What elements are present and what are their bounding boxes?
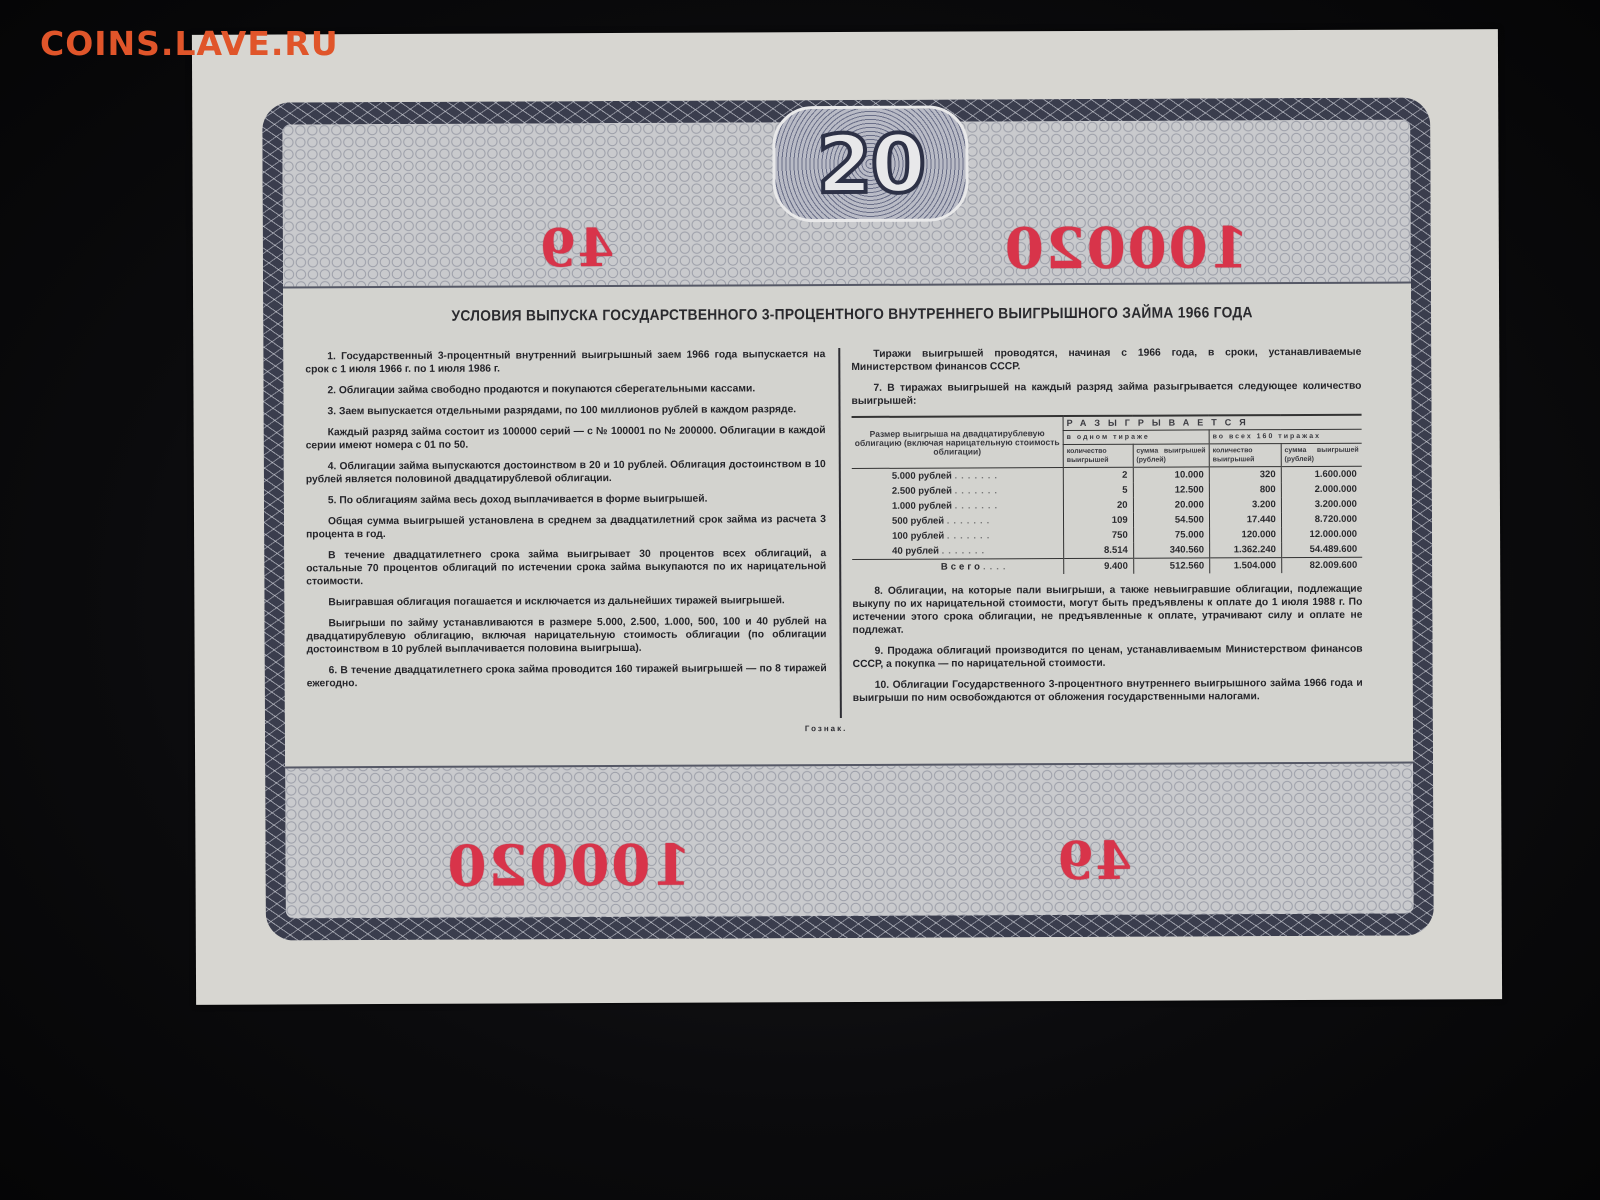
bond-sheet: 20 49 100020 УСЛОВИЯ ВЫПУСКА ГОСУДАРСТВЕ… (192, 29, 1502, 1005)
cell: 2 (1063, 467, 1133, 483)
col-header: сумма выигрышей (рублей) (1281, 443, 1362, 466)
cell: 1.504.000 (1210, 558, 1282, 574)
cell: 17.440 (1209, 512, 1281, 527)
cell: 3.200.000 (1281, 497, 1362, 512)
paragraph: 7. В тиражах выигрышей на каждый разряд … (851, 380, 1361, 408)
cell: 750 (1064, 528, 1134, 543)
denomination-emblem: 20 (772, 105, 969, 222)
prize-label: 40 рублей (892, 546, 939, 557)
paragraph: 8. Облигации, на которые пали выигрыши, … (852, 583, 1362, 637)
table-subheader-all-draws: во всех 160 тиражах (1209, 429, 1362, 444)
paragraph: 5. По облигациям займа весь доход выплач… (306, 492, 826, 507)
cell: 320 (1209, 467, 1281, 483)
total-label: Всего (941, 561, 983, 572)
paragraph: 6. В течение двадцатилетнего срока займа… (307, 662, 827, 690)
cell: 54.489.600 (1281, 542, 1362, 558)
terms-panel: УСЛОВИЯ ВЫПУСКА ГОСУДАРСТВЕННОГО 3-ПРОЦЕ… (283, 282, 1413, 769)
site-watermark: COINS.LAVE.RU (40, 24, 339, 63)
denomination-value: 20 (817, 117, 925, 210)
cell: 512.560 (1133, 558, 1209, 574)
guilloche-border: 20 49 100020 УСЛОВИЯ ВЫПУСКА ГОСУДАРСТВЕ… (262, 97, 1434, 940)
table-subheader-one-draw: в одном тираже (1063, 430, 1209, 445)
terms-right-column: Тиражи выигрышей проводятся, начиная с 1… (851, 346, 1363, 713)
cell: 340.560 (1133, 542, 1209, 558)
printer-mark: Гознак. (805, 724, 847, 733)
cell: 1.600.000 (1281, 466, 1362, 482)
terms-left-column: 1. Государственный 3-процентный внутренн… (305, 348, 827, 698)
cell: 120.000 (1209, 527, 1281, 542)
bond-number-top: 100020 (1003, 215, 1249, 282)
cell: 9.400 (1064, 558, 1134, 574)
prize-label: 1.000 рублей (892, 501, 952, 512)
table-lead-header: Размер выигрыша на двадцатирублевую обли… (852, 416, 1064, 468)
paragraph: 10. Облигации Государственного 3-процент… (853, 677, 1363, 705)
cell: 8.514 (1064, 543, 1134, 559)
paragraph: Выигрыши по займу устанавливаются в разм… (306, 615, 826, 656)
column-divider (838, 348, 842, 718)
series-number-bottom: 49 (1055, 831, 1132, 892)
col-header: сумма выигрышей (рублей) (1133, 444, 1209, 467)
cell: 20 (1063, 498, 1133, 513)
series-number-top: 49 (538, 218, 615, 279)
cell: 5 (1063, 483, 1133, 498)
cell: 109 (1063, 513, 1133, 528)
prize-table: Размер выигрыша на двадцатирублевую обли… (852, 414, 1363, 575)
prize-label: 500 рублей (892, 516, 944, 527)
paragraph: Тиражи выигрышей проводятся, начиная с 1… (851, 346, 1361, 374)
cell: 1.362.240 (1210, 542, 1282, 558)
cell: 54.500 (1133, 512, 1209, 527)
paragraph: 2. Облигации займа свободно продаются и … (305, 382, 825, 397)
cell: 8.720.000 (1281, 512, 1362, 527)
bond-number-bottom: 100020 (445, 833, 691, 900)
paragraph: 3. Заем выпускается отдельными разрядами… (306, 403, 826, 418)
cell: 3.200 (1209, 497, 1281, 512)
cell: 12.500 (1133, 482, 1209, 497)
cell: 82.009.600 (1281, 557, 1362, 573)
paragraph: Общая сумма выигрышей установлена в сред… (306, 513, 826, 541)
cell: 10.000 (1133, 467, 1209, 483)
prize-label: 2.500 рублей (892, 486, 952, 497)
paragraph: 1. Государственный 3-процентный внутренн… (305, 348, 825, 376)
table-total-row: Всего.... 9.400 512.560 1.504.000 82.009… (852, 557, 1362, 575)
paragraph: 9. Продажа облигаций производится по цен… (853, 643, 1363, 671)
table-group-header: РАЗЫГРЫВАЕТСЯ (1063, 415, 1362, 431)
paragraph: Каждый разряд займа состоит из 100000 се… (306, 424, 826, 452)
guilloche-field: 20 49 100020 УСЛОВИЯ ВЫПУСКА ГОСУДАРСТВЕ… (282, 120, 1413, 919)
col-header: количество выигрышей (1209, 444, 1281, 467)
cell: 20.000 (1133, 497, 1209, 512)
document-title: УСЛОВИЯ ВЫПУСКА ГОСУДАРСТВЕННОГО 3-ПРОЦЕ… (375, 304, 1330, 325)
cell: 2.000.000 (1281, 482, 1362, 497)
col-header: количество выигрышей (1063, 444, 1133, 467)
paragraph: Выигравшая облигация погашается и исключ… (306, 594, 826, 609)
paragraph: 4. Облигации займа выпускаются достоинст… (306, 458, 826, 486)
prize-label: 100 рублей (892, 531, 944, 542)
paragraph: В течение двадцатилетнего срока займа вы… (306, 547, 826, 588)
cell: 800 (1209, 482, 1281, 497)
cell: 12.000.000 (1281, 527, 1362, 542)
cell: 75.000 (1133, 527, 1209, 542)
prize-label: 5.000 рублей (892, 471, 952, 482)
